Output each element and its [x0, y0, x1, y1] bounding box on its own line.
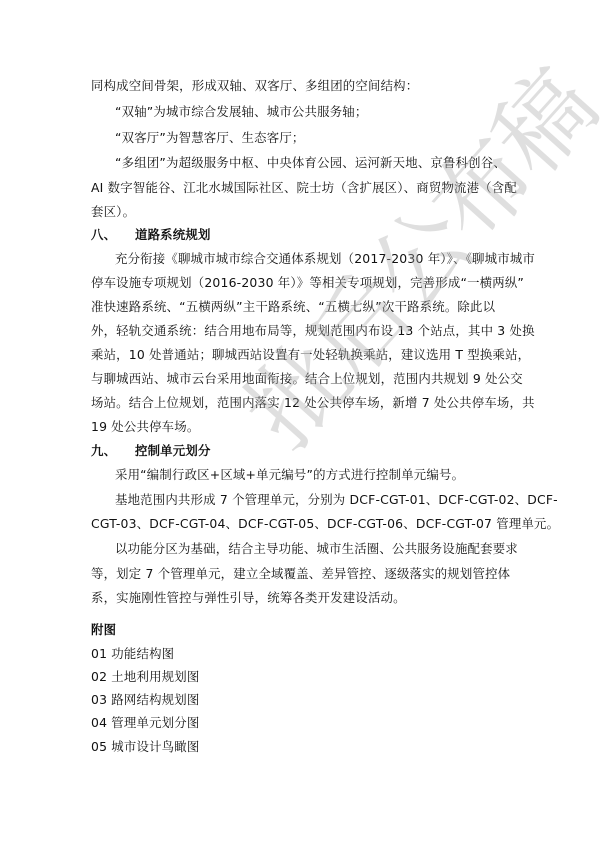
paragraph-line: 采用“编制行政区+区域+单元编号”的方式进行控制单元编号。: [115, 467, 464, 483]
paragraph-line: 基地范围内共形成 7 个管理单元，分别为 DCF-CGT-01、DCF-CGT-…: [115, 492, 558, 508]
paragraph-line: “双轴”为城市综合发展轴、城市公共服务轴；: [115, 104, 367, 120]
appendix-item: 01 功能结构图: [91, 646, 174, 662]
appendix-item: 05 城市设计鸟瞰图: [91, 739, 199, 755]
appendix-item: 03 路网结构规划图: [91, 692, 199, 708]
paragraph-line: 等，划定 7 个管理单元，建立全域覆盖、差异管控、逐级落实的规划管控体: [91, 566, 510, 582]
appendix-title: 附图: [91, 622, 116, 638]
paragraph-line: 以功能分区为基础，结合主导功能、城市生活圈、公共服务设施配套要求: [115, 541, 518, 557]
paragraph-line: 19 处公共停车场。: [91, 419, 199, 435]
document-page: 同构成空间骨架，形成双轴、双客厅、多组团的空间结构： “双轴”为城市综合发展轴、…: [0, 0, 600, 848]
paragraph-line: 准快速路系统、“五横两纵”主干路系统、“五横七纵”次干路系统。除此以: [91, 299, 495, 315]
paragraph-line: 充分衔接《聊城市城市综合交通体系规划（2017-2030 年）》、《聊城市城市: [115, 251, 535, 267]
section-number: 八、: [91, 227, 135, 243]
paragraph-line: “双客厅”为智慧客厅、生态客厅；: [115, 130, 305, 146]
appendix-item: 02 土地利用规划图: [91, 669, 199, 685]
paragraph-line: 同构成空间骨架，形成双轴、双客厅、多组团的空间结构：: [91, 78, 418, 94]
paragraph-line: AI 数字智能谷、江北水城国际社区、院士坊（含扩展区）、商贸物流港（含配: [91, 180, 517, 196]
section-number: 九、: [91, 443, 135, 459]
paragraph-line: “多组团”为超级服务中枢、中央体育公园、运河新天地、京鲁科创谷、: [115, 155, 506, 171]
section-heading-9: 九、控制单元划分: [91, 443, 211, 459]
paragraph-line: 套区）。: [91, 204, 135, 220]
paragraph-line: 与聊城西站、城市云台采用地面衔接。结合上位规划，范围内共规划 9 处公交: [91, 371, 523, 387]
paragraph-line: 系，实施刚性管控与弹性引导，统筹各类开发建设活动。: [91, 590, 406, 606]
section-title: 控制单元划分: [135, 443, 211, 458]
section-title: 道路系统规划: [135, 227, 211, 242]
section-heading-8: 八、道路系统规划: [91, 227, 211, 243]
paragraph-line: 停车设施专项规划（2016-2030 年）》等相关专项规划，完善形成“一横两纵”: [91, 275, 524, 291]
appendix-item: 04 管理单元划分图: [91, 715, 199, 731]
paragraph-line: CGT-03、DCF-CGT-04、DCF-CGT-05、DCF-CGT-06、…: [91, 516, 559, 532]
paragraph-line: 乘站，10 处普通站；聊城西站设置有一处轻轨换乘站，建议选用 T 型换乘站，: [91, 347, 530, 363]
paragraph-line: 场站。结合上位规划，范围内落实 12 处公共停车场，新增 7 处公共停车场，共: [91, 395, 535, 411]
paragraph-line: 外，轻轨交通系统：结合用地布局等，规划范围内布设 13 个站点，其中 3 处换: [91, 323, 535, 339]
